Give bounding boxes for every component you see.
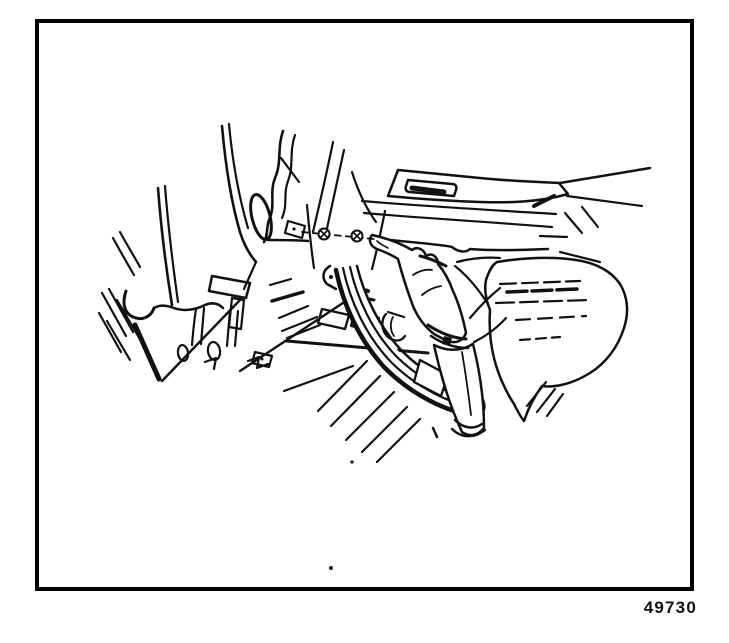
figure-number: 49730 — [0, 598, 697, 618]
line-art-illustration — [0, 0, 729, 643]
manual-figure-page: 49730 — [0, 0, 729, 643]
